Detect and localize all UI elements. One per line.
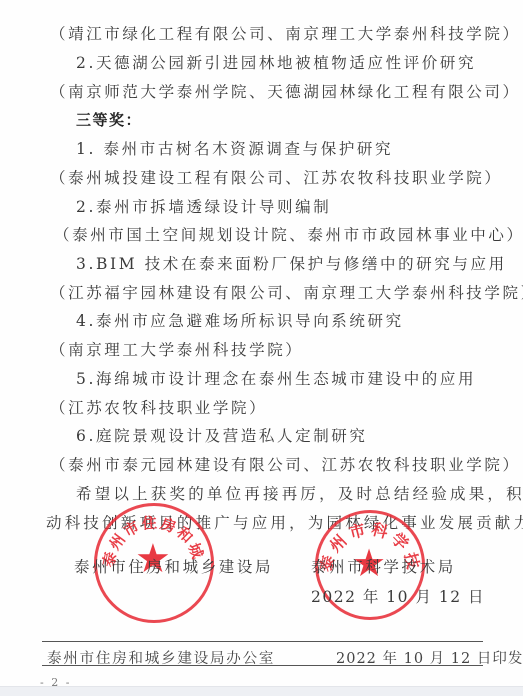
award-title-line: 2.天德湖公园新引进园林地被植物适应性评价研究 bbox=[76, 53, 476, 73]
award-title-line: 5.海绵城市设计理念在泰州生态城市建设中的应用 bbox=[76, 369, 476, 389]
award-org-line: （泰州城投建设工程有限公司、江苏农牧科技职业学院） bbox=[50, 168, 503, 188]
award-title-line: 3.BIM 技术在泰来面粉厂保护与修缮中的研究与应用 bbox=[76, 254, 507, 274]
award-org-line: （江苏农牧科技职业学院） bbox=[50, 398, 267, 418]
award-title-line: 4.泰州市应急避难场所标识导向系统研究 bbox=[76, 311, 404, 331]
award-title-line: 1. 泰州市古树名木资源调查与保护研究 bbox=[76, 139, 393, 159]
signature-science-bureau: 泰州市科学技术局 bbox=[311, 555, 456, 577]
footer-top-rule bbox=[42, 641, 483, 642]
footer-bottom-rule bbox=[42, 665, 483, 666]
award-org-line: （江苏福宇园林建设有限公司、南京理工大学泰州科技学院） bbox=[50, 283, 523, 303]
closing-paragraph-line-1: 希望以上获奖的单位再接再厉，及时总结经验成果，积极推 bbox=[76, 484, 523, 504]
signature-housing-bureau: 泰州市住房和城乡建设局 bbox=[74, 555, 273, 577]
document-page: （靖江市绿化工程有限公司、南京理工大学泰州科技学院） 2.天德湖公园新引进园林地… bbox=[0, 0, 523, 686]
award-org-line: （泰州市国土空间规划设计院、泰州市市政园林事业中心） bbox=[54, 225, 523, 245]
signature-date: 2022 年 10 月 12 日 bbox=[311, 585, 485, 607]
award-org-line: （靖江市绿化工程有限公司、南京理工大学泰州科技学院） bbox=[50, 24, 521, 44]
award-title-line: 2.泰州市拆墙透绿设计导则编制 bbox=[76, 197, 331, 217]
award-org-line: （泰州市泰元园林建设有限公司、江苏农牧科技职业学院） bbox=[50, 455, 521, 475]
viewer-bottom-strip bbox=[0, 686, 523, 696]
award-org-line: （南京理工大学泰州科技学院） bbox=[50, 340, 303, 360]
section-heading-third-prize: 三等奖： bbox=[76, 110, 142, 130]
award-title-line: 6.庭院景观设计及营造私人定制研究 bbox=[76, 426, 368, 446]
award-org-line: （南京师范大学泰州学院、天德湖园林绿化工程有限公司） bbox=[50, 82, 521, 102]
